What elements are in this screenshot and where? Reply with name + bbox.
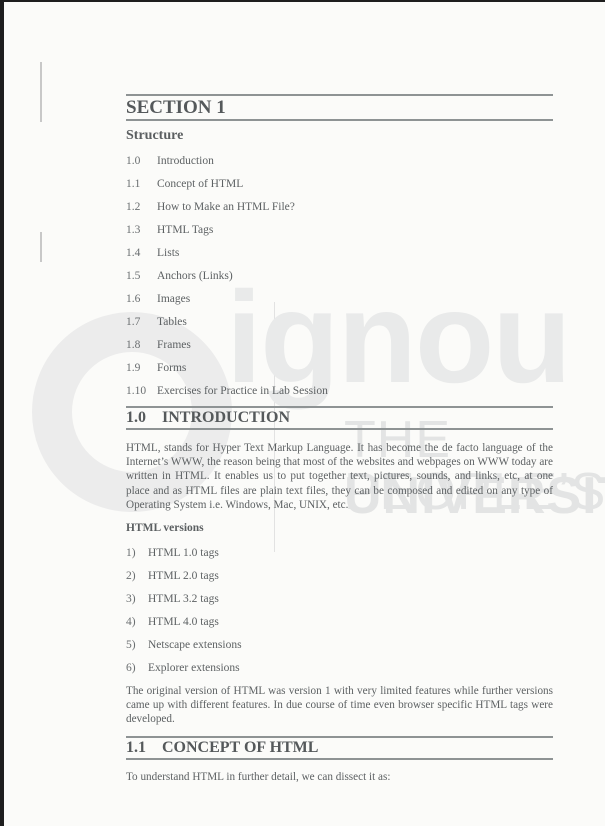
toc-num: 1.2 bbox=[126, 200, 157, 223]
version-label: HTML 1.0 tags bbox=[148, 546, 219, 569]
toc-item: 1.7Tables bbox=[126, 315, 328, 338]
heading-text: INTRODUCTION bbox=[162, 408, 290, 428]
toc-num: 1.6 bbox=[126, 292, 157, 315]
toc-num: 1.1 bbox=[126, 177, 157, 200]
toc-label: Concept of HTML bbox=[157, 177, 243, 200]
toc-label: How to Make an HTML File? bbox=[157, 200, 295, 223]
versions-heading: HTML versions bbox=[126, 522, 204, 534]
rule bbox=[126, 119, 553, 121]
concept-title: 1.1CONCEPT OF HTML bbox=[126, 738, 553, 758]
version-num: 5) bbox=[126, 638, 148, 661]
scan-mark bbox=[40, 232, 42, 262]
concept-paragraph: To understand HTML in further detail, we… bbox=[126, 770, 553, 784]
toc-label: Forms bbox=[157, 361, 186, 384]
toc-item: 1.4Lists bbox=[126, 246, 328, 269]
version-item: 4)HTML 4.0 tags bbox=[126, 615, 242, 638]
version-item: 1)HTML 1.0 tags bbox=[126, 546, 242, 569]
version-num: 1) bbox=[126, 546, 148, 569]
toc-num: 1.10 bbox=[126, 384, 157, 407]
toc-item: 1.2How to Make an HTML File? bbox=[126, 200, 328, 223]
toc-label: Anchors (Links) bbox=[157, 269, 233, 292]
rule bbox=[126, 428, 553, 430]
version-label: HTML 4.0 tags bbox=[148, 615, 219, 638]
toc-label: Images bbox=[157, 292, 190, 315]
heading-text: CONCEPT OF HTML bbox=[162, 738, 318, 758]
version-item: 3)HTML 3.2 tags bbox=[126, 592, 242, 615]
toc-num: 1.7 bbox=[126, 315, 157, 338]
scan-mark bbox=[40, 62, 42, 122]
version-label: HTML 2.0 tags bbox=[148, 569, 219, 592]
toc-item: 1.6Images bbox=[126, 292, 328, 315]
toc-label: Exercises for Practice in Lab Session bbox=[157, 384, 328, 407]
structure-heading: Structure bbox=[126, 128, 183, 144]
version-num: 2) bbox=[126, 569, 148, 592]
toc-label: Lists bbox=[157, 246, 179, 269]
version-label: HTML 3.2 tags bbox=[148, 592, 219, 615]
toc-item: 1.1Concept of HTML bbox=[126, 177, 328, 200]
toc-label: Introduction bbox=[157, 154, 214, 177]
toc-num: 1.3 bbox=[126, 223, 157, 246]
toc-label: Frames bbox=[157, 338, 191, 361]
version-label: Netscape extensions bbox=[148, 638, 242, 661]
toc-item: 1.0Introduction bbox=[126, 154, 328, 177]
toc-num: 1.0 bbox=[126, 154, 157, 177]
toc-item: 1.8Frames bbox=[126, 338, 328, 361]
versions-list: 1)HTML 1.0 tags 2)HTML 2.0 tags 3)HTML 3… bbox=[126, 546, 242, 684]
toc-num: 1.4 bbox=[126, 246, 157, 269]
heading-num: 1.1 bbox=[126, 738, 162, 758]
toc-label: Tables bbox=[157, 315, 187, 338]
version-num: 3) bbox=[126, 592, 148, 615]
introduction-paragraph: HTML, stands for Hyper Text Markup Langu… bbox=[126, 441, 553, 512]
toc-item: 1.3HTML Tags bbox=[126, 223, 328, 246]
heading-num: 1.0 bbox=[126, 408, 162, 428]
toc-item: 1.10Exercises for Practice in Lab Sessio… bbox=[126, 384, 328, 407]
version-item: 6)Explorer extensions bbox=[126, 661, 242, 684]
toc-item: 1.5Anchors (Links) bbox=[126, 269, 328, 292]
version-item: 5)Netscape extensions bbox=[126, 638, 242, 661]
version-item: 2)HTML 2.0 tags bbox=[126, 569, 242, 592]
toc-item: 1.9Forms bbox=[126, 361, 328, 384]
introduction-header: 1.0INTRODUCTION bbox=[126, 406, 553, 430]
toc-num: 1.5 bbox=[126, 269, 157, 292]
section-title: SECTION 1 bbox=[126, 96, 553, 119]
introduction-title: 1.0INTRODUCTION bbox=[126, 408, 553, 428]
rule bbox=[126, 758, 553, 760]
document-page: ignou THE PEOPLE’S UNIVERSITY SECTION 1 … bbox=[4, 2, 605, 826]
toc-list: 1.0Introduction 1.1Concept of HTML 1.2Ho… bbox=[126, 154, 328, 407]
section-header: SECTION 1 bbox=[126, 94, 553, 121]
toc-label: HTML Tags bbox=[157, 223, 213, 246]
version-label: Explorer extensions bbox=[148, 661, 240, 684]
toc-num: 1.9 bbox=[126, 361, 157, 384]
version-num: 4) bbox=[126, 615, 148, 638]
closing-paragraph: The original version of HTML was version… bbox=[126, 684, 553, 727]
concept-header: 1.1CONCEPT OF HTML bbox=[126, 736, 553, 760]
version-num: 6) bbox=[126, 661, 148, 684]
toc-num: 1.8 bbox=[126, 338, 157, 361]
